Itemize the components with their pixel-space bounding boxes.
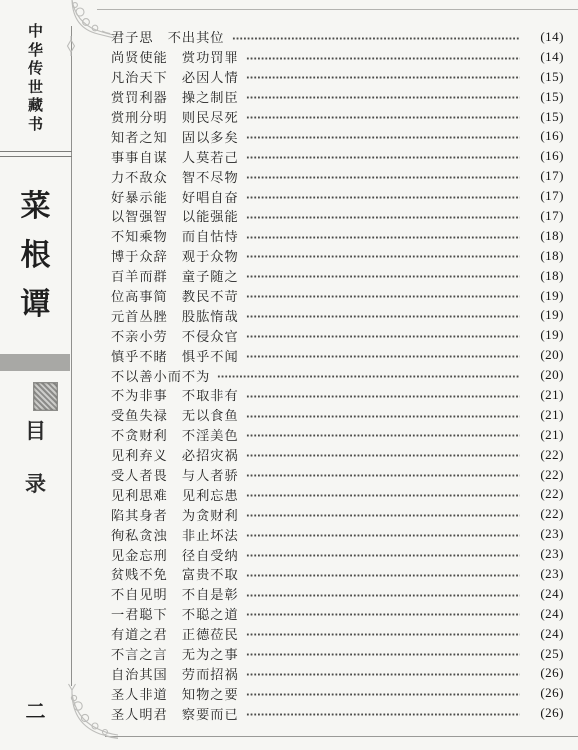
toc-entry-title: 受鱼失禄 无以食鱼 [111,405,239,424]
toc-entry-page: (17) [524,168,564,184]
toc-entry-page: (22) [524,486,564,502]
dot-leader [246,226,520,246]
dot-leader [246,683,520,703]
toc-entry-title: 见利弃义 必招灾祸 [111,445,239,464]
dot-leader [246,47,520,67]
toc-entry: 凡治天下 必因人情 (15) [111,67,564,87]
toc-entry-page: (16) [524,148,564,164]
toc-entry: 力不敌众 智不尽物 (17) [111,166,564,186]
sidebar-vertical-line [71,26,72,686]
toc-entry: 不自见明 不自是彰 (24) [111,584,564,604]
toc-list: 君子思 不出其位 (14) 尚贤使能 赏功罚罪 (14) 凡治天下 必因人情 (… [111,27,564,723]
toc-entry: 不亲小劳 不侵众官 (19) [111,325,564,345]
toc-entry-title: 见金忘刑 径自受纳 [111,545,239,564]
gray-bar [0,354,70,371]
toc-entry: 贫贱不免 富贵不取 (23) [111,564,564,584]
toc-entry: 圣人非道 知物之要 (26) [111,683,564,703]
book-title: 菜根谭 [0,192,71,339]
toc-entry-page: (21) [524,387,564,403]
toc-entry: 有道之君 正德莅民 (24) [111,624,564,644]
toc-entry: 徇私贪浊 非止坏法 (23) [111,524,564,544]
toc-entry: 好暴示能 好唱自奋 (17) [111,186,564,206]
toc-entry: 见利弃义 必招灾祸 (22) [111,445,564,465]
toc-entry-title: 不亲小劳 不侵众官 [111,326,239,345]
toc-entry-title: 一君聪下 不聪之道 [111,604,239,623]
dot-leader [246,584,520,604]
toc-entry: 一君聪下 不聪之道 (24) [111,604,564,624]
toc-entry-title: 知者之知 固以多矣 [111,127,239,146]
toc-entry: 不言之言 无为之事 (25) [111,644,564,664]
toc-entry-page: (25) [524,646,564,662]
toc-entry-page: (22) [524,506,564,522]
toc-entry-title: 慎乎不睹 惧乎不闻 [111,346,239,365]
toc-entry-title: 贫贱不免 富贵不取 [111,564,239,583]
toc-entry-page: (15) [524,89,564,105]
dot-leader [246,87,520,107]
toc-entry-title: 元首丛脞 股肱惰哉 [111,306,239,325]
toc-entry: 知者之知 固以多矣 (16) [111,126,564,146]
dot-leader [246,186,520,206]
bottom-border-line [105,736,578,737]
toc-entry-page: (22) [524,447,564,463]
toc-entry-title: 不贪财利 不淫美色 [111,425,239,444]
toc-entry-title: 不知乘物 而自怙恃 [111,226,239,245]
section-label-contents: 目录 [0,420,71,526]
toc-entry-page: (17) [524,208,564,224]
toc-entry-title: 力不敌众 智不尽物 [111,167,239,186]
toc-entry: 赏刑分明 则民尽死 (15) [111,107,564,127]
toc-entry-page: (19) [524,288,564,304]
dot-leader [246,405,520,425]
dot-leader [246,246,520,266]
toc-entry: 赏罚利器 操之制臣 (15) [111,87,564,107]
toc-entry: 自治其国 劳而招祸 (26) [111,664,564,684]
dot-leader [246,524,520,544]
toc-entry-title: 百羊而群 童子随之 [111,266,239,285]
toc-entry-title: 凡治天下 必因人情 [111,67,239,86]
toc-entry: 事事自谋 人莫若己 (16) [111,146,564,166]
dot-leader [246,305,520,325]
toc-entry-page: (24) [524,626,564,642]
toc-entry-title: 不自见明 不自是彰 [111,584,239,603]
dot-leader [246,206,520,226]
toc-entry: 君子思 不出其位 (14) [111,27,564,47]
dot-leader [246,266,520,286]
toc-entry: 圣人明君 察要而已 (26) [111,703,564,723]
toc-entry-title: 赏罚利器 操之制臣 [111,87,239,106]
dot-leader [246,504,520,524]
toc-entry: 见金忘刑 径自受纳 (23) [111,544,564,564]
dot-leader [246,345,520,365]
toc-entry-page: (24) [524,586,564,602]
toc-entry-title: 不言之言 无为之事 [111,644,239,663]
dot-leader [246,564,520,584]
dot-leader [246,644,520,664]
toc-entry-title: 君子思 不出其位 [111,27,225,46]
toc-entry: 尚贤使能 赏功罚罪 (14) [111,47,564,67]
page-number: 二 [0,701,71,721]
toc-entry: 以智强智 以能强能 (17) [111,206,564,226]
toc-entry: 不为非事 不取非有 (21) [111,385,564,405]
dot-leader [246,664,520,684]
dot-leader [246,286,520,306]
dot-leader [246,624,520,644]
dot-leader [246,465,520,485]
toc-entry: 百羊而群 童子随之 (18) [111,266,564,286]
toc-entry-title: 有道之君 正德莅民 [111,624,239,643]
toc-entry-title: 陷其身者 为贪财利 [111,505,239,524]
toc-entry: 不以善小而不为 (20) [111,365,564,385]
toc-entry: 受鱼失禄 无以食鱼 (21) [111,405,564,425]
dot-leader [232,27,521,47]
toc-entry-page: (16) [524,128,564,144]
toc-entry: 慎乎不睹 惧乎不闻 (20) [111,345,564,365]
dot-leader [246,325,520,345]
toc-entry-page: (21) [524,407,564,423]
toc-entry-title: 自治其国 劳而招祸 [111,664,239,683]
toc-entry-page: (18) [524,248,564,264]
dot-leader [246,385,520,405]
toc-entry: 不知乘物 而自怙恃 (18) [111,226,564,246]
toc-entry-title: 圣人明君 察要而已 [111,704,239,723]
dot-leader [246,445,520,465]
toc-entry-page: (15) [524,109,564,125]
dot-leader [246,107,520,127]
toc-entry-title: 受人者畏 与人者骄 [111,465,239,484]
toc-entry-title: 不为非事 不取非有 [111,385,239,404]
toc-entry-page: (18) [524,268,564,284]
toc-entry-page: (26) [524,665,564,681]
toc-entry-page: (14) [524,29,564,45]
dot-leader [246,484,520,504]
toc-entry-title: 不以善小而不为 [111,366,210,385]
toc-entry: 陷其身者 为贪财利 (22) [111,504,564,524]
dot-leader [246,126,520,146]
toc-entry-page: (26) [524,705,564,721]
dot-leader [246,604,520,624]
toc-entry: 受人者畏 与人者骄 (22) [111,465,564,485]
toc-entry: 见利思难 见利忘患 (22) [111,484,564,504]
seal-stamp-icon [33,382,58,411]
sidebar-divider-line [0,151,72,152]
toc-entry-page: (19) [524,307,564,323]
toc-entry-title: 圣人非道 知物之要 [111,684,239,703]
sidebar-divider-line [0,156,72,157]
toc-entry-page: (24) [524,606,564,622]
toc-entry-title: 赏刑分明 则民尽死 [111,107,239,126]
dot-leader [246,166,520,186]
toc-entry-title: 位高事简 教民不苛 [111,286,239,305]
toc-entry-title: 尚贤使能 赏功罚罪 [111,47,239,66]
toc-entry-page: (26) [524,685,564,701]
toc-entry-title: 以智强智 以能强能 [111,206,239,225]
toc-entry-title: 见利思难 见利忘患 [111,485,239,504]
dot-leader [246,67,520,87]
toc-entry: 元首丛脞 股肱惰哉 (19) [111,305,564,325]
toc-entry: 不贪财利 不淫美色 (21) [111,425,564,445]
toc-entry-page: (20) [524,367,564,383]
dot-leader [217,365,520,385]
dot-leader [246,544,520,564]
toc-entry-page: (23) [524,546,564,562]
toc-entry: 博于众辞 观于众物 (18) [111,246,564,266]
top-border-line [97,9,578,10]
toc-entry-page: (18) [524,228,564,244]
toc-entry-page: (21) [524,427,564,443]
toc-entry-page: (23) [524,566,564,582]
toc-entry: 位高事简 教民不苛 (19) [111,286,564,306]
dot-leader [246,703,520,723]
dot-leader [246,146,520,166]
series-title: 中华传世藏书 [0,24,71,135]
toc-entry-title: 徇私贪浊 非止坏法 [111,525,239,544]
toc-entry-title: 博于众辞 观于众物 [111,246,239,265]
toc-entry-page: (14) [524,49,564,65]
toc-entry-page: (22) [524,467,564,483]
toc-entry-title: 事事自谋 人莫若己 [111,147,239,166]
toc-entry-page: (20) [524,347,564,363]
toc-entry-page: (17) [524,188,564,204]
dot-leader [246,425,520,445]
toc-entry-title: 好暴示能 好唱自奋 [111,187,239,206]
toc-entry-page: (23) [524,526,564,542]
toc-entry-page: (19) [524,327,564,343]
toc-entry-page: (15) [524,69,564,85]
book-page: 中华传世藏书 菜根谭 目录 二 君子思 不出其位 (14) 尚贤使能 赏功罚罪 … [0,0,578,750]
